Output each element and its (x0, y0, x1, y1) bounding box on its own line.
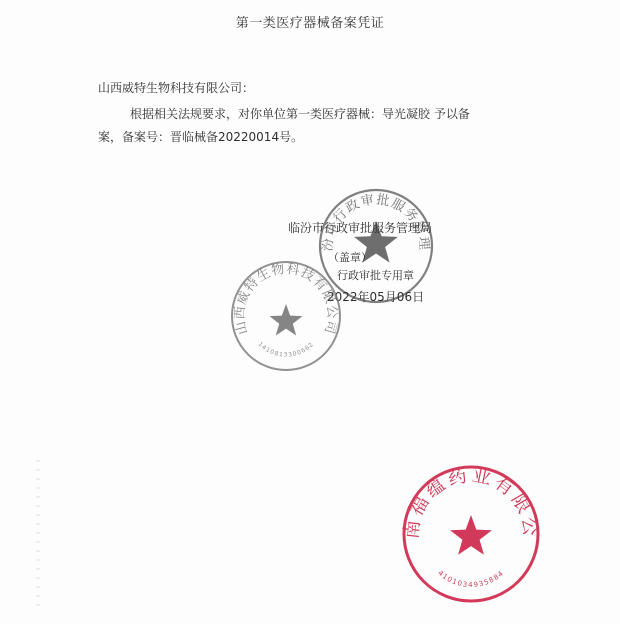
company-seal-gray-serial: 1410813300662 (257, 341, 316, 359)
document-title: 第一类医疗器械备案凭证 (0, 12, 620, 31)
document-page: 第一类医疗器械备案凭证 山西威特生物科技有限公司： 根据相关法规要求，对你单位第… (0, 0, 620, 624)
star-icon (270, 304, 303, 336)
issuing-authority: 临汾市行政审批服务管理局 (288, 219, 432, 236)
star-icon (450, 515, 492, 555)
stamp-label: 行政审批专用章 (337, 267, 414, 283)
addressee: 山西威特生物科技有限公司： (98, 79, 254, 96)
scan-artifact (36, 460, 40, 610)
company-seal-red: 河南福蕴药业有限公司 4101034935884 (400, 463, 542, 605)
svg-text:4101034935884: 4101034935884 (436, 569, 505, 589)
company-seal-red-serial: 4101034935884 (436, 569, 505, 589)
svg-text:1410813300662: 1410813300662 (257, 341, 316, 359)
body-line-1: 根据相关法规要求，对你单位第一类医疗器械：导光凝胶 予以备 (130, 105, 470, 122)
company-seal-gray: 山西威特生物科技有限公司 1410813300662 (228, 258, 344, 374)
body-line-2: 案，备案号：晋临械备20220014号。 (98, 128, 303, 145)
